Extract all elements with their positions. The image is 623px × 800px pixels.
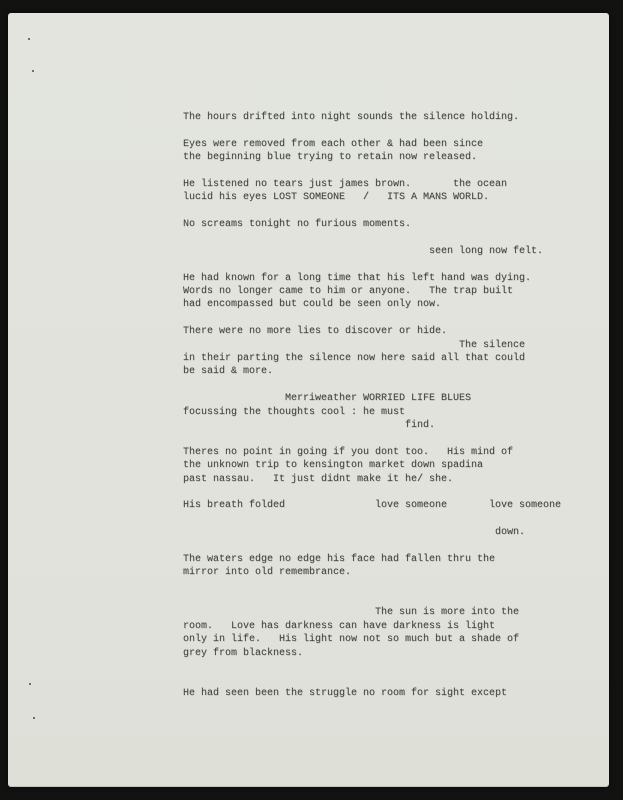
text-line: Words no longer came to him or anyone. T… [183,285,561,298]
text-line: The sun is more into the [183,606,561,619]
paper-speck [33,717,35,719]
text-line [183,580,561,593]
text-line [183,513,561,526]
paper-speck [28,38,30,40]
text-line: had encompassed but could be seen only n… [183,298,561,311]
text-line: seen long now felt. [183,245,561,258]
text-line: Eyes were removed from each other & had … [183,138,561,151]
text-line: The waters edge no edge his face had fal… [183,553,561,566]
text-line: lucid his eyes LOST SOMEONE / ITS A MANS… [183,191,561,204]
paper-sheet: The hours drifted into night sounds the … [8,13,609,787]
text-line [183,205,561,218]
text-line [183,124,561,137]
text-line [183,660,561,673]
paper-speck [29,683,31,685]
text-line: the unknown trip to kensington market do… [183,459,561,472]
text-line: past nassau. It just didnt make it he/ s… [183,473,561,486]
text-line: focussing the thoughts cool : he must [183,406,561,419]
text-line: room. Love has darkness can have darknes… [183,620,561,633]
text-line: in their parting the silence now here sa… [183,352,561,365]
text-line: No screams tonight no furious moments. [183,218,561,231]
text-line [183,673,561,686]
text-line: He listened no tears just james brown. t… [183,178,561,191]
text-line: be said & more. [183,365,561,378]
text-line: Merriweather WORRIED LIFE BLUES [183,392,561,405]
text-line: The hours drifted into night sounds the … [183,111,561,124]
text-line: mirror into old remembrance. [183,566,561,579]
paper-speck [32,70,34,72]
typewritten-text: The hours drifted into night sounds the … [183,111,561,700]
text-line [183,232,561,245]
text-line: He had seen been the struggle no room fo… [183,687,561,700]
text-line: only in life. His light now not so much … [183,633,561,646]
text-line: There were no more lies to discover or h… [183,325,561,338]
text-line: find. [183,419,561,432]
text-line: down. [183,526,561,539]
text-line [183,486,561,499]
text-line [183,379,561,392]
text-line [183,540,561,553]
text-line [183,258,561,271]
text-line: the beginning blue trying to retain now … [183,151,561,164]
text-line [183,165,561,178]
text-line [183,432,561,445]
scan-background: The hours drifted into night sounds the … [0,0,623,800]
text-line: He had known for a long time that his le… [183,272,561,285]
text-line [183,312,561,325]
text-line [183,593,561,606]
text-line: Theres no point in going if you dont too… [183,446,561,459]
text-line: grey from blackness. [183,647,561,660]
text-line: His breath folded love someone love some… [183,499,561,512]
text-line: The silence [183,339,561,352]
